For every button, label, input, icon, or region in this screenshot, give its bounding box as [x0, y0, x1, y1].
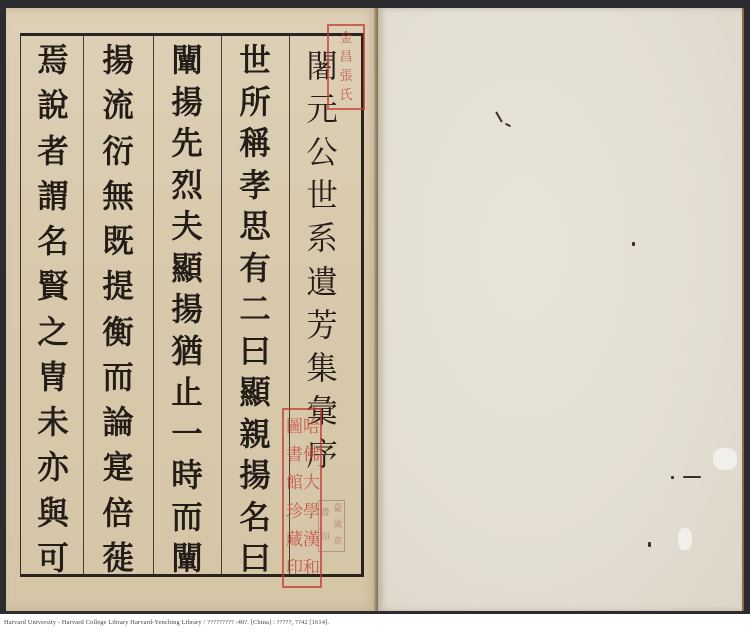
character: 者 [37, 135, 68, 167]
seal-character: 印 [321, 534, 330, 543]
character: 與 [37, 497, 68, 529]
seal-character: 大 [303, 475, 320, 492]
ink-speck [495, 111, 503, 122]
text-column-1-title: 闍 元 公 世 系 遺 芳 集 彙 序 [291, 50, 353, 470]
ink-speck [648, 542, 651, 547]
character: 焉 [37, 44, 68, 76]
character: 賢 [37, 270, 68, 302]
seal-character: 館 [286, 475, 303, 492]
character: 之 [37, 316, 68, 348]
seal-character: 書 [286, 447, 303, 464]
character: 思 [239, 210, 270, 242]
character: 論 [102, 406, 133, 438]
text-column-3: 闡 揚 先 烈 夫 顯 揚 猶 止 一 時 而 闡 [156, 44, 218, 574]
character: 說 [37, 89, 68, 121]
character: 衍 [102, 135, 133, 167]
character: 未 [37, 406, 68, 438]
character: 一 [171, 418, 202, 450]
character: 倍 [102, 497, 133, 529]
character: 無 [102, 180, 133, 212]
character: 闡 [171, 542, 202, 574]
character: 蓰 [102, 542, 133, 574]
seal-column-left: 書 印 [321, 501, 330, 551]
image-viewer: 焉 說 者 謂 名 賢 之 冑 未 亦 與 可 揚 流 衍 無 既 提 [0, 0, 750, 614]
character: 系 [306, 222, 337, 254]
ink-speck [683, 476, 701, 478]
character: 集 [306, 352, 337, 384]
character: 而 [102, 361, 133, 393]
character: 揚 [171, 86, 202, 118]
character: 夫 [171, 210, 202, 242]
character: 公 [306, 136, 337, 168]
seal-character: 圖 [286, 419, 303, 436]
character: 揚 [239, 459, 270, 491]
seal-character: 金 [339, 32, 352, 45]
character: 揚 [171, 293, 202, 325]
seal-character: 藏 [286, 532, 303, 549]
seal-character: 臺 [333, 505, 342, 514]
page-tear [713, 448, 737, 470]
character: 曰 [239, 542, 270, 574]
seal-character: 章 [333, 538, 342, 547]
character: 曰 [239, 335, 270, 367]
harvard-yenching-library-seal: 圖 書 館 珍 藏 印 哈 佛 大 學 漢 和 [282, 408, 322, 588]
character: 顯 [239, 376, 270, 408]
image-credit-footer: Harvard University - Harvard College Lib… [4, 619, 744, 631]
character: 冑 [37, 361, 68, 393]
small-seal: 書 印 臺 歲 章 [318, 500, 345, 552]
seal-character: 珍 [286, 504, 303, 521]
character: 顯 [171, 252, 202, 284]
column-divider [221, 36, 222, 574]
character: 揚 [102, 44, 133, 76]
character: 親 [239, 418, 270, 450]
character: 芳 [306, 309, 337, 341]
character: 名 [239, 501, 270, 533]
character: 世 [306, 179, 337, 211]
seal-column-left: 圖 書 館 珍 藏 印 [286, 413, 303, 583]
seal-character: 氏 [339, 89, 352, 102]
red-seal-top: 金 昌 張 氏 [327, 24, 365, 110]
page-tear [678, 528, 692, 550]
character: 可 [37, 542, 68, 574]
ink-speck [632, 242, 635, 246]
text-column-5: 焉 說 者 謂 名 賢 之 冑 未 亦 與 可 [22, 44, 84, 574]
seal-character: 佛 [303, 447, 320, 464]
character: 名 [37, 225, 68, 257]
character: 烈 [171, 169, 202, 201]
character: 流 [102, 89, 133, 121]
seal-character: 哈 [303, 419, 320, 436]
seal-character: 印 [286, 560, 303, 577]
seal-character: 張 [339, 70, 352, 83]
character: 世 [239, 44, 270, 76]
character: 提 [102, 270, 133, 302]
character: 謂 [37, 180, 68, 212]
seal-character: 書 [321, 509, 330, 518]
character: 寔 [102, 451, 133, 483]
seal-column-right: 哈 佛 大 學 漢 和 [303, 413, 320, 583]
text-column-2: 世 所 稱 孝 思 有 二 曰 顯 親 揚 名 曰 [224, 44, 286, 574]
character: 止 [171, 376, 202, 408]
right-page-blank [378, 8, 744, 611]
character: 衡 [102, 316, 133, 348]
seal-character: 和 [303, 560, 320, 577]
seal-character: 昌 [339, 51, 352, 64]
character: 二 [239, 293, 270, 325]
character: 有 [239, 252, 270, 284]
character: 闡 [171, 44, 202, 76]
character: 時 [171, 459, 202, 491]
character: 先 [171, 127, 202, 159]
character: 孝 [239, 169, 270, 201]
character: 所 [239, 86, 270, 118]
character: 猶 [171, 335, 202, 367]
seal-character: 歲 [333, 521, 342, 530]
seal-column-right: 臺 歲 章 [333, 501, 342, 551]
ink-speck [671, 476, 674, 479]
character: 遺 [306, 266, 337, 298]
column-divider [153, 36, 154, 574]
ink-speck [505, 123, 511, 127]
character: 既 [102, 225, 133, 257]
character: 而 [171, 501, 202, 533]
character: 稱 [239, 127, 270, 159]
text-column-4: 揚 流 衍 無 既 提 衡 而 論 寔 倍 蓰 [87, 44, 149, 574]
character: 亦 [37, 451, 68, 483]
